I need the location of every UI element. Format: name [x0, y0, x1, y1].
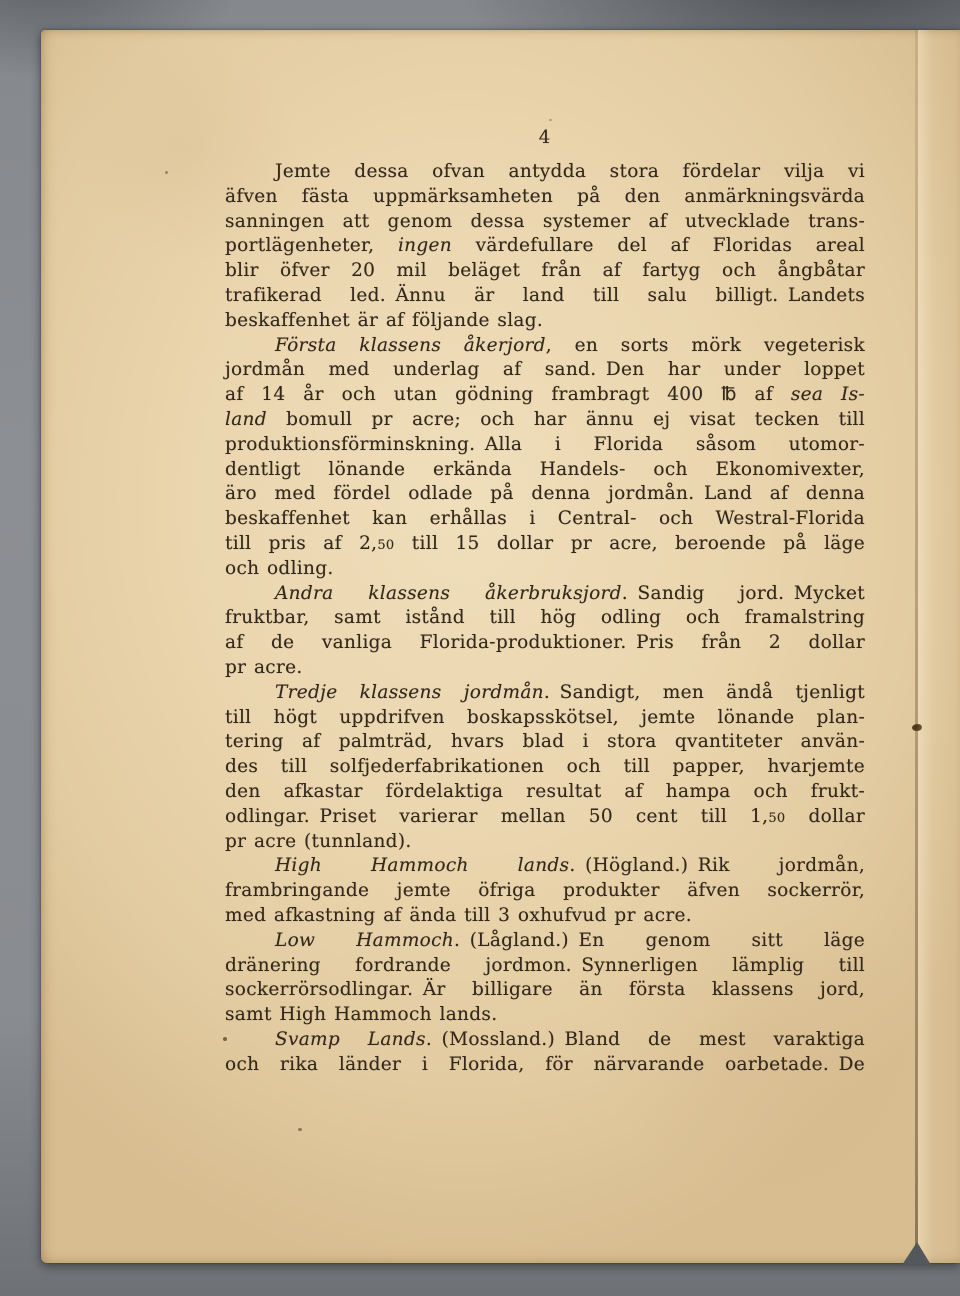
text-run: Svamp Lands — [275, 1029, 426, 1050]
ink-speck — [912, 724, 922, 731]
text-run: fruktbar, samt istånd till hög odling oc… — [225, 607, 865, 628]
body-text: Jemte dessa ofvan antydda stora fördelar… — [225, 160, 865, 1077]
fox-speck — [298, 1128, 302, 1131]
text-run: des till solfjederfabrikationen och till… — [225, 756, 865, 777]
text-line: Tredje klassens jordmån. Sandigt, men än… — [225, 681, 865, 706]
text-line: pr acre (tunnland). — [225, 830, 865, 855]
text-run: dränering fordrande jordmon. Synnerligen… — [225, 955, 865, 976]
text-run: pr acre (tunnland). — [225, 831, 412, 852]
text-run: land — [225, 409, 267, 430]
fox-speck — [549, 119, 552, 121]
text-run: dollar — [786, 806, 865, 827]
text-run: den afkastar fördelaktiga resultat af ha… — [225, 781, 865, 802]
text-run: Jemte dessa ofvan antydda stora fördelar… — [275, 161, 865, 182]
text-run: sanningen att genom dessa systemer af ut… — [225, 211, 865, 232]
text-run: portlägenheter, — [225, 235, 398, 256]
text-line: Low Hammoch. (Lågland.) En genom sitt lä… — [225, 929, 865, 954]
text-run: med afkastning af ända till 3 oxhufvud p… — [225, 905, 692, 926]
text-line: till högt uppdrifven boskapsskötsel, jem… — [225, 706, 865, 731]
text-run: till pris af 2, — [225, 533, 377, 554]
text-run: High Hammoch lands — [275, 855, 569, 876]
text-line: des till solfjederfabrikationen och till… — [225, 755, 865, 780]
text-run: . (Lågland.) En genom sitt läge — [454, 930, 865, 951]
text-run: sea Is- — [791, 384, 865, 405]
text-run: blir öfver 20 mil beläget från af fartyg… — [225, 260, 865, 281]
text-line: dentligt lönande erkända Handels- och Ek… — [225, 458, 865, 483]
text-run: 50 — [377, 538, 394, 553]
text-run: Första klassens åkerjord — [275, 335, 546, 356]
fox-speck — [223, 1037, 227, 1041]
text-run: äro med fördel odlade på denna jordmån. … — [225, 483, 865, 504]
text-run: . Sandigt, men ändå tjenligt — [544, 682, 865, 703]
text-line: odlingar. Priset varierar mellan 50 cent… — [225, 805, 865, 830]
text-run: beskaffenhet kan erhållas i Central- och… — [225, 508, 865, 529]
page-right-edge — [918, 30, 960, 1263]
text-line: fruktbar, samt istånd till hög odling oc… — [225, 606, 865, 631]
text-run: sockerrörsodlingar. Är billigare än förs… — [225, 979, 865, 1000]
scanned-book-photo: { "colors": { "paper": "#ead5ae", "ink":… — [0, 0, 960, 1296]
text-line: Jemte dessa ofvan antydda stora fördelar… — [225, 160, 865, 185]
text-run: till högt uppdrifven boskapsskötsel, jem… — [225, 707, 865, 728]
text-run: tering af palmträd, hvars blad i stora q… — [225, 731, 865, 752]
text-run: odlingar. Priset varierar mellan 50 cent… — [225, 806, 768, 827]
text-line: sockerrörsodlingar. Är billigare än förs… — [225, 978, 865, 1003]
text-run: Low Hammoch — [275, 930, 454, 951]
text-line: portlägenheter, ingen värdefullare del a… — [225, 234, 865, 259]
text-line: äfven fästa uppmärksamheten på den anmär… — [225, 185, 865, 210]
text-line: blir öfver 20 mil beläget från af fartyg… — [225, 259, 865, 284]
text-line: High Hammoch lands. (Högland.) Rik jordm… — [225, 854, 865, 879]
text-line: och odling. — [225, 557, 865, 582]
book-page: 4 Jemte dessa ofvan antydda stora fördel… — [41, 30, 960, 1263]
text-line: Första klassens åkerjord, en sorts mörk … — [225, 334, 865, 359]
text-run: bomull pr acre; och har ännu ej visat te… — [267, 409, 865, 430]
text-run: produktionsförminskning. Alla i Florida … — [225, 434, 865, 455]
text-run: af 14 år och utan gödning frambragt 400 … — [225, 384, 791, 405]
text-line: beskaffenhet är af följande slag. — [225, 309, 865, 334]
text-run: ingen — [398, 235, 452, 256]
text-line: produktionsförminskning. Alla i Florida … — [225, 433, 865, 458]
text-run: . Sandig jord. Mycket — [622, 583, 865, 604]
text-run: af de vanliga Florida-produktioner. Pris… — [225, 632, 865, 653]
text-run: till 15 dollar pr acre, beroende på läge — [394, 533, 865, 554]
text-line: beskaffenhet kan erhållas i Central- och… — [225, 507, 865, 532]
text-run: värdefullare del af Floridas areal — [452, 235, 865, 256]
fox-speck — [165, 171, 168, 174]
text-line: Andra klassens åkerbruksjord. Sandig jor… — [225, 582, 865, 607]
text-line: Svamp Lands. (Mossland.) Bland de mest v… — [225, 1028, 865, 1053]
text-line: frambringande jemte öfriga produkter äfv… — [225, 879, 865, 904]
text-run: beskaffenhet är af följande slag. — [225, 310, 543, 331]
text-run: . (Högland.) Rik jordmån, — [569, 855, 865, 876]
text-run: , en sorts mörk vegeterisk — [546, 335, 865, 356]
text-run: 50 — [768, 811, 785, 826]
text-line: trafikerad led. Ännu är land till salu b… — [225, 284, 865, 309]
text-line: till pris af 2,50 till 15 dollar pr acre… — [225, 532, 865, 557]
text-run: samt High Hammoch lands. — [225, 1004, 497, 1025]
text-run: och odling. — [225, 558, 334, 579]
text-run: dentligt lönande erkända Handels- och Ek… — [225, 459, 865, 480]
page-number: 4 — [225, 125, 865, 150]
text-line: samt High Hammoch lands. — [225, 1003, 865, 1028]
text-line: pr acre. — [225, 656, 865, 681]
text-line: med afkastning af ända till 3 oxhufvud p… — [225, 904, 865, 929]
text-run: . (Mossland.) Bland de mest varaktiga — [426, 1029, 865, 1050]
text-run: Andra klassens åkerbruksjord — [275, 583, 622, 604]
text-line: af de vanliga Florida-produktioner. Pris… — [225, 631, 865, 656]
text-line: sanningen att genom dessa systemer af ut… — [225, 210, 865, 235]
text-run: jordmån med underlag af sand. Den har un… — [225, 359, 865, 380]
text-line: jordmån med underlag af sand. Den har un… — [225, 358, 865, 383]
text-line: äro med fördel odlade på denna jordmån. … — [225, 482, 865, 507]
text-line: den afkastar fördelaktiga resultat af ha… — [225, 780, 865, 805]
text-run: Tredje klassens jordmån — [275, 682, 544, 703]
text-run: pr acre. — [225, 657, 303, 678]
text-line: land bomull pr acre; och har ännu ej vis… — [225, 408, 865, 433]
text-line: och rika länder i Florida, för närvarand… — [225, 1053, 865, 1078]
text-run: trafikerad led. Ännu är land till salu b… — [225, 285, 865, 306]
text-run: frambringande jemte öfriga produkter äfv… — [225, 880, 865, 901]
text-line: af 14 år och utan gödning frambragt 400 … — [225, 383, 865, 408]
text-run: äfven fästa uppmärksamheten på den anmär… — [225, 186, 865, 207]
text-run: och rika länder i Florida, för närvarand… — [225, 1054, 865, 1075]
text-line: dränering fordrande jordmon. Synnerligen… — [225, 954, 865, 979]
page-fold-crease — [915, 30, 918, 1263]
text-line: tering af palmträd, hvars blad i stora q… — [225, 730, 865, 755]
